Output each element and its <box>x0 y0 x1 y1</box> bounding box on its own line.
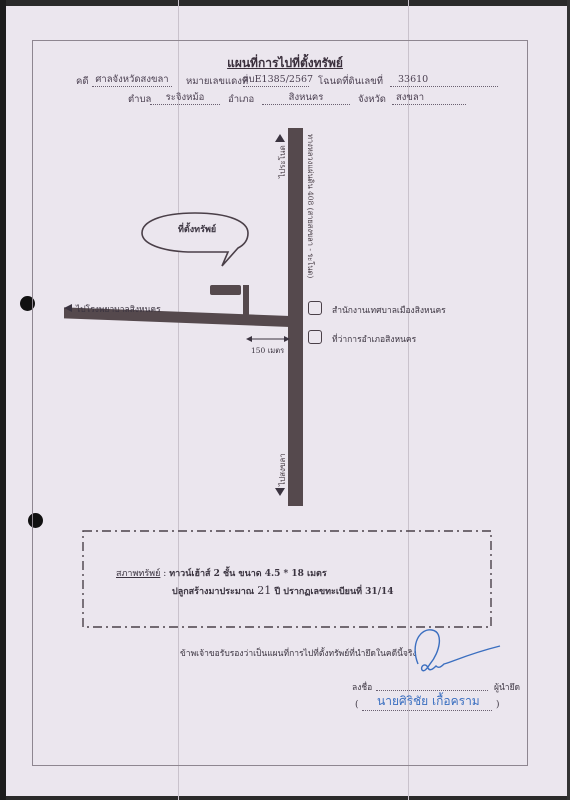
signature-line <box>376 690 488 691</box>
header-row-2: ตำบล ระจิงหม้อ อำเภอ สิงหนคร จังหวัด สงข… <box>0 92 570 106</box>
north-direction-label: ไประโนด <box>276 145 289 178</box>
subdistrict-value: ระจิงหม้อ <box>150 92 220 105</box>
landmark-label: สำนักงานเทศบาลเมืองสิงหนคร <box>332 303 446 317</box>
province-value: สงขลา <box>392 92 466 105</box>
age-years: 21 <box>257 584 271 597</box>
red-case-label: หมายเลขแดงที่ <box>186 74 248 89</box>
main-road-label: ทางหลวงแผ่นดิน 408 (สายสงขลา - ระโนด) <box>304 134 316 278</box>
title-deed-value: 33610 <box>390 74 498 87</box>
property-condition-label: สภาพทรัพย์ <box>116 569 160 579</box>
district-label: อำเภอ <box>228 92 254 107</box>
province-label: จังหวัด <box>358 92 386 107</box>
subdistrict-label: ตำบล <box>128 92 151 107</box>
signature-icon <box>400 624 510 684</box>
landmark-icon <box>308 330 322 344</box>
case-label: คดี <box>76 74 89 89</box>
scan-edge-top <box>0 0 570 6</box>
south-direction-label: ไปสงขลา <box>276 453 289 486</box>
soi-road <box>243 285 249 321</box>
property-condition-section: สภาพทรัพย์ : ทาวน์เฮ้าส์ 2 ชั้น ขนาด 4.5… <box>116 566 327 580</box>
distance-label: 150 เมตร <box>251 345 284 357</box>
title-deed-label: โฉนดที่ดินเลขที่ <box>318 74 383 89</box>
scan-edge-left <box>0 0 6 800</box>
main-road <box>288 128 303 506</box>
header-row-1: คดี ศาลจังหวัดสงขลา หมายเลขแดงที่ ผบE138… <box>0 74 570 88</box>
distance-arrow-icon <box>246 334 290 344</box>
red-case-value: ผบE1385/2567 <box>243 74 309 87</box>
landmark-label: ที่ว่าการอำเภอสิงหนคร <box>332 332 416 346</box>
district-value: สิงหนคร <box>262 92 350 105</box>
role-label: ผู้นำยึด <box>494 680 520 694</box>
close-paren: ) <box>496 700 500 710</box>
west-direction-label: ไปโรงพยาบาลสิงหนคร <box>76 302 161 316</box>
arrow-down-icon <box>275 488 285 496</box>
sign-label: ลงชื่อ <box>352 680 372 694</box>
arrow-left-icon <box>64 304 72 312</box>
document-title: แผนที่การไปที่ตั้งทรัพย์ <box>0 54 570 73</box>
property-marker <box>210 285 241 295</box>
name-line <box>362 710 492 711</box>
age-suffix: ปี ปรากฏเลขทะเบียนที่ 31/14 <box>274 587 393 597</box>
landmark-icon <box>308 301 322 315</box>
scan-edge-bottom <box>0 796 570 800</box>
case-value: ศาลจังหวัดสงขลา <box>92 74 172 87</box>
callout-bubble <box>140 210 250 270</box>
property-condition-line1: ทาวน์เฮ้าส์ 2 ชั้น ขนาด 4.5 * 18 เมตร <box>169 569 327 579</box>
age-prefix: ปลูกสร้างมาประมาณ <box>172 587 254 597</box>
open-paren: ( <box>355 700 359 710</box>
separator: : <box>163 569 166 579</box>
certification-statement: ข้าพเจ้าขอรับรองว่าเป็นแผนที่การไปที่ตั้… <box>180 646 417 660</box>
printed-name: นายศิริชัย เกื้อคราม <box>377 692 480 711</box>
property-condition-line2: ปลูกสร้างมาประมาณ 21 ปี ปรากฏเลขทะเบียนท… <box>172 584 394 598</box>
property-callout-label: ที่ตั้งทรัพย์ <box>178 222 216 236</box>
arrow-up-icon <box>275 134 285 142</box>
